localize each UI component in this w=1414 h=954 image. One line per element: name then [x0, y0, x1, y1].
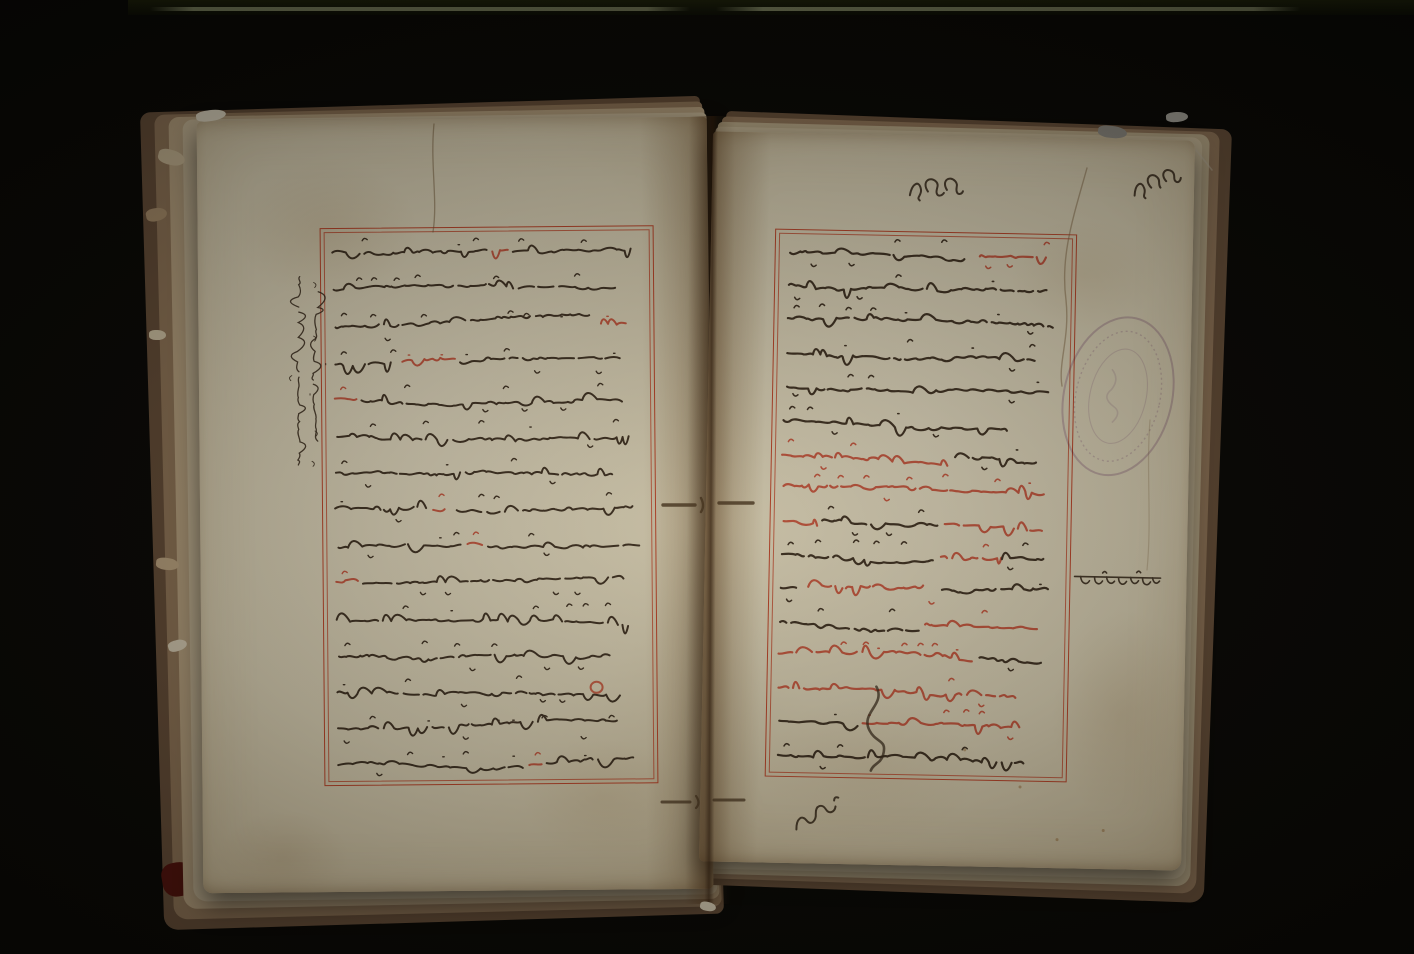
red-ruled-frame-right	[765, 229, 1077, 783]
foxing-dot	[1018, 785, 1021, 788]
ink-flourish	[851, 682, 893, 787]
sewing-stitch-upper	[655, 492, 765, 518]
shelf-highlight-left	[150, 7, 690, 11]
foxing-dot	[1102, 829, 1105, 832]
right-page	[699, 131, 1195, 870]
paper-stain	[219, 810, 350, 906]
text-block-right	[773, 234, 1069, 777]
paper-stain	[1050, 608, 1194, 821]
manuscript-photo	[0, 0, 1414, 954]
marginal-gloss-column-1	[294, 270, 312, 470]
red-ring-mark	[590, 681, 604, 694]
text-block-left	[329, 232, 650, 779]
foxing-dot	[1055, 838, 1058, 841]
torn-edge-chip-gray	[1166, 111, 1189, 123]
marginal-gloss-column-2	[310, 288, 327, 448]
sewing-stitch-lower	[652, 788, 762, 814]
marginal-note-right	[1072, 570, 1164, 596]
torn-edge-chip	[149, 330, 166, 340]
red-ruled-frame-left	[320, 225, 659, 786]
folio-number-top	[904, 169, 969, 210]
left-page	[197, 117, 714, 893]
shelf-highlight-right	[716, 7, 1300, 11]
folio-number-corner	[1124, 156, 1191, 208]
